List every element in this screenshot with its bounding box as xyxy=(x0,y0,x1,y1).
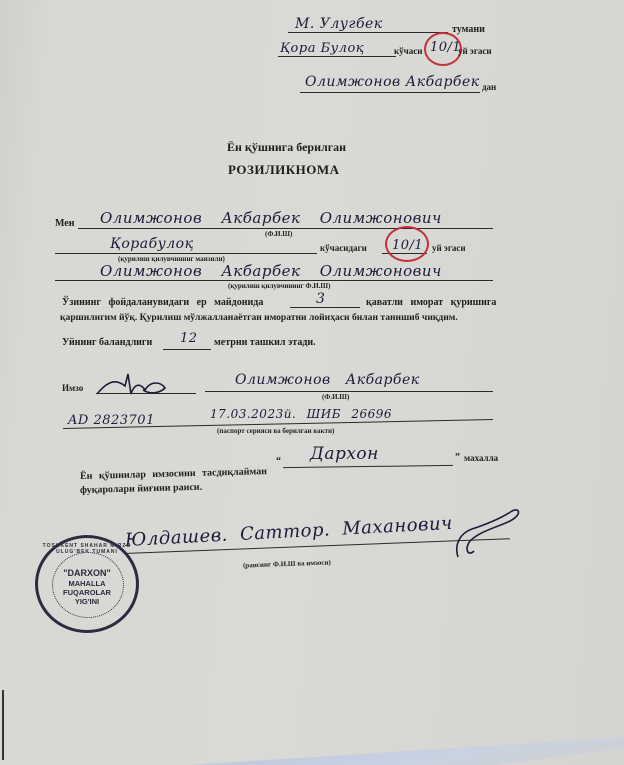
mahalla-quote-close: ” xyxy=(455,452,460,463)
stamp-line4: YIG'INI xyxy=(38,597,136,606)
body-house-label: уй эгаси xyxy=(432,243,466,253)
height-handwritten: 12 xyxy=(180,331,198,346)
body-house-red-circle xyxy=(385,226,429,262)
document-title: РОЗИЛИКНОМА xyxy=(228,162,340,178)
floors-line xyxy=(290,307,360,308)
stamp-line3: FUQAROLAR xyxy=(38,588,136,597)
paragraph-part2: қаватли иморат қуришига xyxy=(366,297,496,308)
body-street-label: кўчасидаги xyxy=(320,243,367,253)
builder-name-line xyxy=(55,280,493,281)
header-house-label: уй эгаси xyxy=(458,46,492,56)
sign-label: Имзо xyxy=(62,383,83,393)
header-street-line xyxy=(278,56,396,57)
sign-line xyxy=(96,393,196,394)
me-name-handwritten: Олимжонов Акбарбек Олимжонович xyxy=(100,209,442,227)
header-district-label: тумани xyxy=(452,24,485,35)
me-fio-caption: (Ф.И.Ш) xyxy=(265,230,292,238)
paragraph-line2: қаршилигим йўқ. Қурилиш мўлжалланаётган … xyxy=(60,312,458,323)
mahalla-handwritten: Дархон xyxy=(310,444,379,464)
header-district-line xyxy=(288,32,448,33)
signer-name-handwritten: Олимжонов Акбарбек xyxy=(235,372,420,388)
issued-handwritten: 17.03.2023й. ШИБ 26696 xyxy=(210,407,392,421)
builder-name-handwritten: Олимжонов Акбарбек Олимжонович xyxy=(100,262,442,280)
confirmation-text-part2: махалла xyxy=(464,453,498,463)
stamp-line2: MAHALLA xyxy=(38,579,136,588)
floors-handwritten: 3 xyxy=(316,291,325,307)
document-subtitle: Ён қўшнига берилган xyxy=(227,140,346,155)
height-suffix: метрни ташкил этади. xyxy=(214,337,316,348)
header-house-red-circle xyxy=(424,32,462,66)
header-owner-line xyxy=(300,92,480,93)
chairman-signature xyxy=(450,505,525,563)
signer-name-line xyxy=(205,391,493,392)
body-street-line xyxy=(55,253,317,254)
mahalla-stamp: TOSHKENT SHAHAR MIRZO ULUG'BEK TUMANI "D… xyxy=(35,535,139,633)
stamp-ring-text: TOSHKENT SHAHAR MIRZO ULUG'BEK TUMANI xyxy=(38,543,136,555)
paragraph-part1: Ўзининг фойдаланувидаги ер майдонида xyxy=(62,297,263,308)
header-owner-handwritten: Олимжонов Акбарбек xyxy=(305,74,480,90)
me-label: Мен xyxy=(55,218,75,229)
builder-caption: (қурилиш қилувчининг Ф.И.Ш) xyxy=(228,282,330,290)
applicant-signature xyxy=(95,372,175,400)
height-line xyxy=(163,349,211,350)
mahalla-quote-open: “ xyxy=(276,456,281,467)
pen-edge xyxy=(2,690,4,760)
body-street-handwritten: Қорабулоқ xyxy=(110,236,194,252)
header-street-handwritten: Қора Булоқ xyxy=(280,41,364,56)
height-label: Уйнинг баландлиги xyxy=(62,337,152,348)
header-street-label: кўчаси xyxy=(394,46,422,56)
signer-fio-caption: (Ф.И.Ш) xyxy=(322,393,349,401)
header-owner-suffix: дан xyxy=(482,82,496,92)
me-name-line xyxy=(78,228,493,229)
header-district-handwritten: М. Улугбек xyxy=(295,16,383,32)
stamp-line1: "DARXON" xyxy=(38,568,136,578)
passport-caption: (паспорт серияси ва берилган вакти) xyxy=(217,427,334,435)
